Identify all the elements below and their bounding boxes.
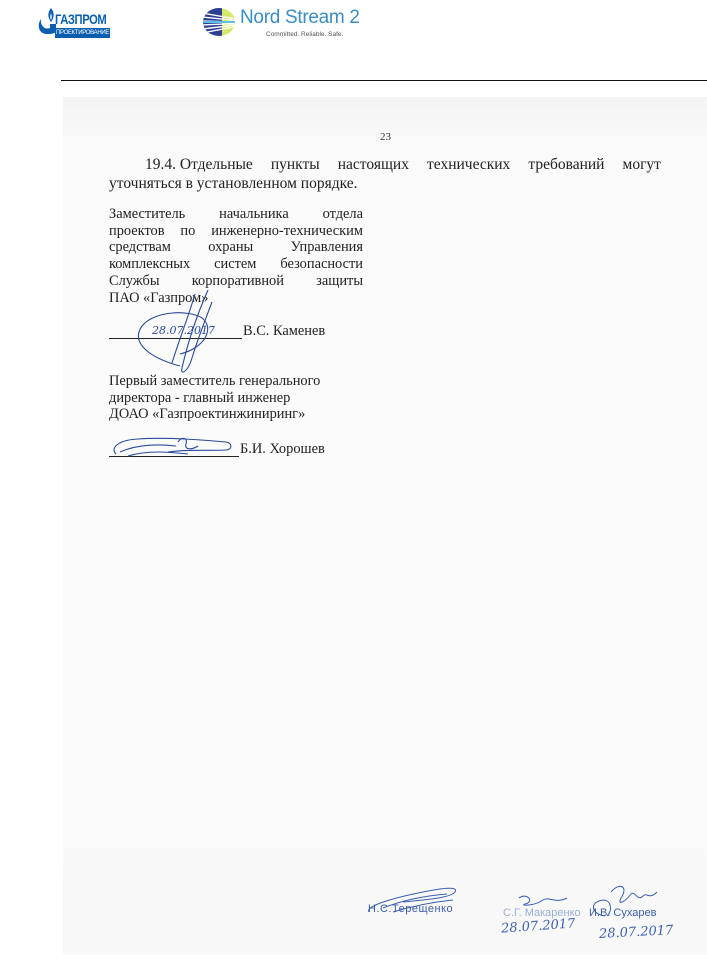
word: пункты: [271, 155, 320, 174]
title-line: проектов по инженерно-техническим: [109, 223, 363, 240]
word: комплексных: [109, 256, 190, 273]
title-line: средствам охраны Управления: [109, 239, 363, 256]
word: систем: [214, 256, 256, 273]
footer-date-sukharev: 28.07.2017: [599, 923, 674, 942]
title-line: Первый заместитель генерального: [109, 373, 349, 390]
footer-signatures: Н.С.Терещенко С.Г. Макаренко 28.07.2017 …: [355, 880, 707, 959]
word: требований: [528, 155, 604, 174]
gazprom-logo: ГАЗПРОМ ПРОЕКТИРОВАНИЕ: [36, 4, 112, 40]
footer-date-makarenko: 28.07.2017: [501, 916, 576, 936]
signature-tereshchenko-icon: [363, 882, 463, 922]
title-line: Заместитель начальника отдела: [109, 206, 363, 223]
word: защиты: [316, 273, 363, 290]
header-divider: [61, 80, 707, 81]
word: настоящих: [338, 155, 409, 174]
page-number: 23: [380, 131, 391, 143]
signatory-1-name: В.С. Каменев: [243, 323, 325, 340]
header-logos: ГАЗПРОМ ПРОЕКТИРОВАНИЕ Nord Stream 2 Com…: [0, 0, 707, 70]
signature-kamenev-icon: 28.07.2017: [120, 288, 240, 378]
title-line: ДОАО «Газпроектинжиниринг»: [109, 406, 349, 423]
word: корпоративной: [192, 273, 284, 290]
word: Управления: [291, 239, 363, 256]
nord-stream-logo: Nord Stream 2 Committed. Reliable. Safe.: [202, 4, 367, 40]
clause-line-2: уточняться в установленном порядке.: [109, 174, 661, 193]
word: средствам: [109, 239, 171, 256]
word: проектов: [109, 223, 165, 240]
title-line: комплексных систем безопасности: [109, 256, 363, 273]
footer-name-sukharev: И.В. Сухарев: [589, 907, 656, 919]
nord-stream-globe-icon: [202, 7, 236, 37]
word: Службы: [109, 273, 160, 290]
footer-name-tereshchenko: Н.С.Терещенко: [368, 903, 453, 915]
word: Заместитель: [109, 206, 185, 223]
clause-19-4: 19.4. Отдельные пункты настоящих техниче…: [109, 155, 661, 193]
word: инженерно-техническим: [211, 223, 363, 240]
word: 19.4. Отдельные: [145, 155, 253, 174]
gazprom-subbrand-bar: ПРОЕКТИРОВАНИЕ: [55, 28, 110, 38]
word: охраны: [208, 239, 253, 256]
gazprom-wordmark: ГАЗПРОМ: [55, 11, 106, 27]
signatory-2-name: Б.И. Хорошев: [240, 441, 325, 458]
signatory-2-title: Первый заместитель генерального директор…: [109, 373, 349, 423]
title-line: директора - главный инженер: [109, 390, 349, 407]
word: отдела: [323, 206, 363, 223]
word: безопасности: [280, 256, 363, 273]
clause-line-1: 19.4. Отдельные пункты настоящих техниче…: [109, 155, 661, 174]
word: технических: [427, 155, 510, 174]
word: могут: [623, 155, 661, 174]
nord-stream-tagline: Committed. Reliable. Safe.: [266, 31, 343, 38]
word: начальника: [219, 206, 289, 223]
title-line: Службы корпоративной защиты: [109, 273, 363, 290]
signature-khoroshev-icon: [108, 430, 238, 460]
nord-stream-wordmark: Nord Stream 2: [240, 7, 360, 29]
word: по: [180, 223, 195, 240]
handwritten-date: 28.07.2017: [151, 324, 215, 337]
